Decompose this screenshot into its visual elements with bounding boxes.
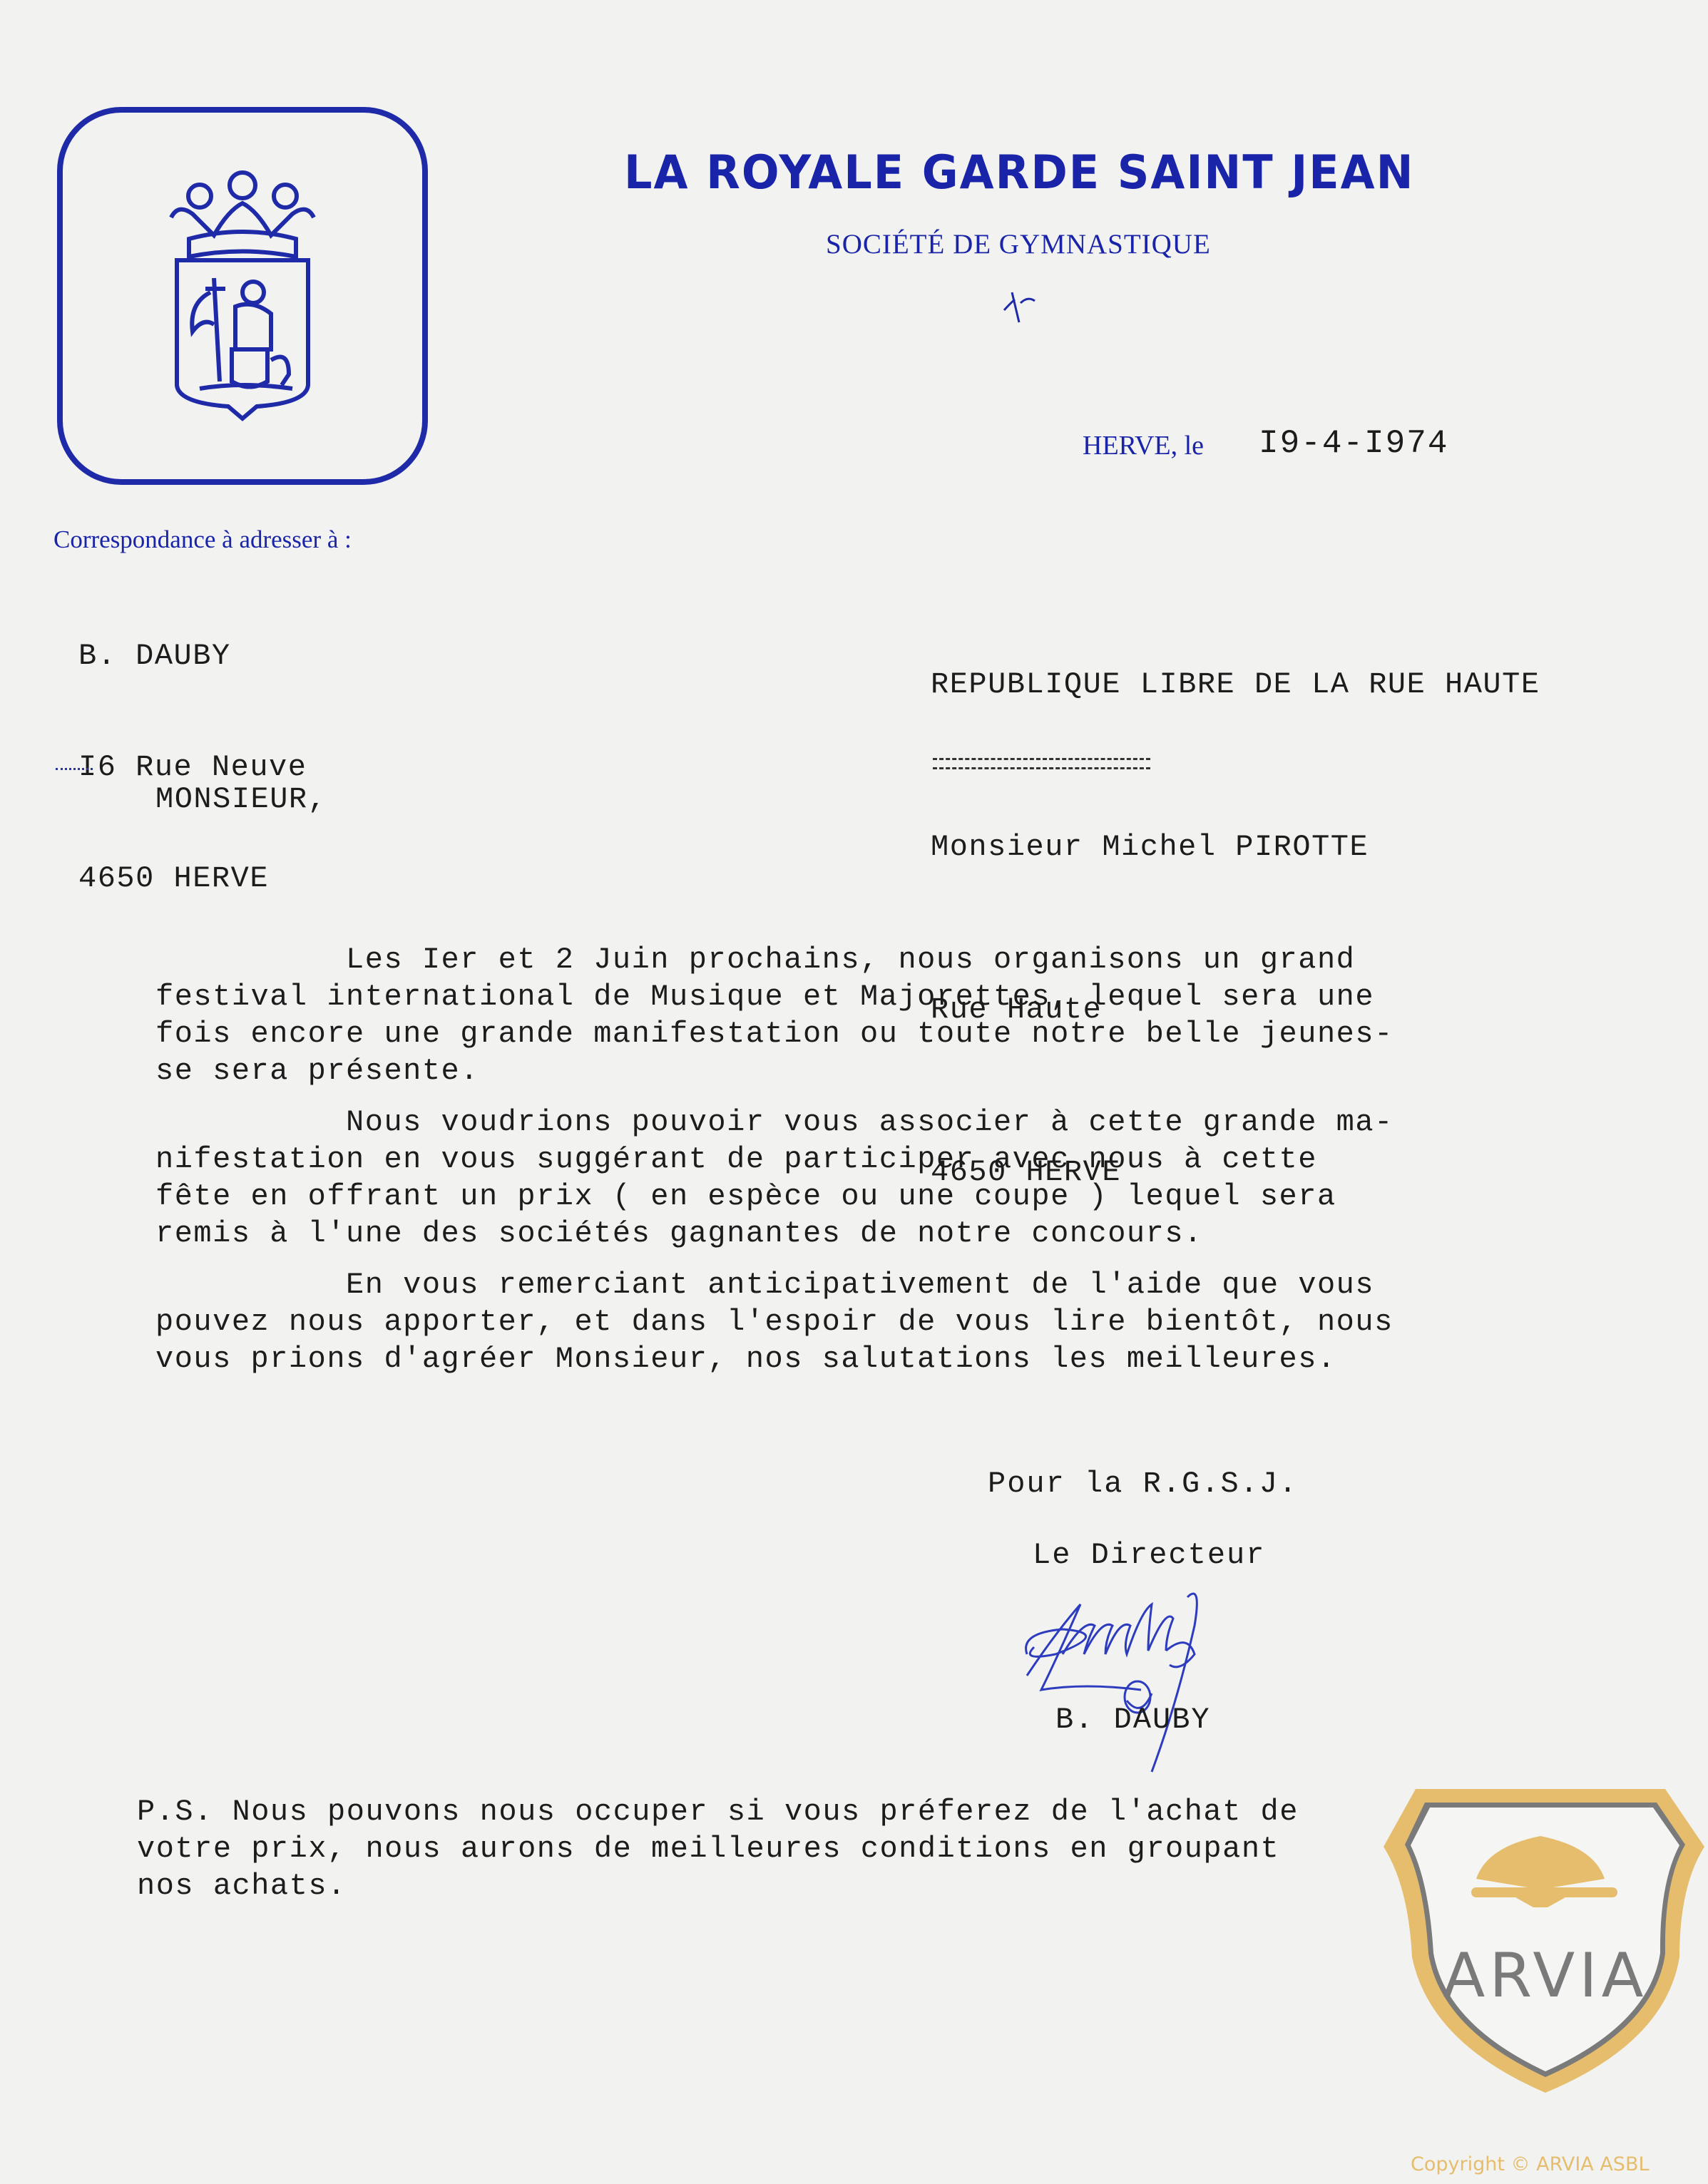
body-paragraph: En vous remerciant anticipativement de l… [155,1266,1568,1378]
recipient-line: Monsieur Michel PIROTTE [931,820,1540,874]
closing-title: Le Directeur [1033,1538,1265,1572]
place-label: HERVE, le [1083,430,1204,461]
sender-line: I6 Rue Neuve [78,749,307,786]
sender-line: 4650 HERVE [78,860,307,897]
coat-of-arms-icon [164,168,321,424]
correspondence-label: Correspondance à adresser à : [53,526,352,554]
recipient-underline [933,758,1150,769]
sender-address: B. DAUBY I6 Rue Neuve 4650 HERVE [78,563,307,934]
sender-line: B. DAUBY [78,637,307,675]
salutation: MONSIEUR, [155,782,327,816]
fold-mark [56,768,93,770]
organization-subtitle: SOCIÉTÉ DE GYMNASTIQUE [826,228,1211,260]
organization-title: LA ROYALE GARDE SAINT JEAN [624,145,1466,200]
arvia-badge-icon: ARVIA [1380,1779,1708,2114]
body-paragraph: Nous voudrions pouvoir vous associer à c… [155,1104,1568,1252]
postscript: P.S. Nous pouvons nous occuper si vous p… [137,1793,1299,1904]
handwritten-reference-mark [1002,285,1038,328]
arvia-wordmark: ARVIA [1443,1940,1648,2011]
body-paragraph: Les Ier et 2 Juin prochains, nous organi… [155,941,1568,1090]
copyright-notice: Copyright © ARVIA ASBL [1411,2153,1650,2175]
signer-name: B. DAUBY [1055,1703,1211,1737]
closing-on-behalf: Pour la R.G.S.J. [988,1467,1298,1501]
letter-date: I9-4-I974 [1259,425,1448,462]
recipient-line: REPUBLIQUE LIBRE DE LA RUE HAUTE [931,657,1540,712]
handwritten-signature [1013,1576,1319,1790]
